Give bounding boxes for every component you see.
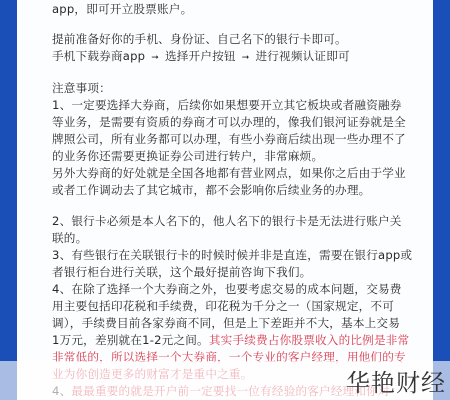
- prepare-text: 提前准备好你的手机、身份证、自己名下的银行卡即可。: [52, 31, 412, 48]
- note-4-plain: 1万元，差别就在1-2元之间。: [52, 333, 209, 347]
- arrow-right-icon: ➞: [151, 50, 159, 67]
- step-3: 进行视频认证即可: [255, 49, 349, 63]
- note-4-line: 4、在除了选择一个大券商之外，也要考虑交易的成本问题，交易费: [52, 281, 412, 298]
- note-3-line: 3、有些银行在关联银行卡的时候时候并非是直连，需要在银行app或: [52, 247, 412, 264]
- note-1-line: 牌照公司，所有业务都可以办理，有些小券商后续出现一些办理不了: [52, 131, 412, 148]
- note-1-line: 另外大券商的好处就是全国各地都有营业网点，如果你之后由于学业: [52, 165, 412, 182]
- intro-line: app，即可开立股票账户。: [52, 1, 412, 18]
- note-4-line: 用主要包括印花税和手续费，印花税为千分之一（国家规定，不可: [52, 298, 412, 315]
- step-2: 选择开户按钮: [165, 49, 236, 63]
- note-4-highlight: 其实手续费占你股票收入的比例是非常: [209, 333, 410, 347]
- note-4-line: 调），手续费目前各家券商不同，但是上下差距并不大，基本上交易: [52, 315, 412, 332]
- note-2-line: 联的。: [52, 230, 412, 247]
- watermark: 华艳财经: [346, 363, 446, 398]
- note-3-line: 者银行柜台进行关联，这个最好提前咨询下我们。: [52, 264, 412, 281]
- article-content: app，即可开立股票账户。 提前准备好你的手机、身份证、自己名下的银行卡即可。 …: [52, 0, 412, 400]
- note-1-line: 等业务，是需要有资质的券商才可以办理的，像我们银河证券就是全: [52, 114, 412, 131]
- arrow-right-icon: ➞: [242, 50, 250, 67]
- notes-title: 注意事项：: [52, 80, 412, 97]
- note-1-line: 1、一定要选择大券商，后续你如果想要开立其它板块或者融资融券: [52, 97, 412, 114]
- steps-line: 手机下载券商app➞选择开户按钮➞进行视频认证即可: [52, 48, 412, 65]
- step-1: 手机下载券商app: [52, 49, 145, 63]
- note-4-line: 1万元，差别就在1-2元之间。其实手续费占你股票收入的比例是非常: [52, 332, 412, 349]
- note-1-line: 的业务你还需要更换证券公司进行转户，非常麻烦。: [52, 148, 412, 165]
- note-2-line: 2、银行卡必须是本人名下的，他人名下的银行卡是无法进行账户关: [52, 213, 412, 230]
- note-1-line: 或者工作调动去了其它城市，都不会影响你后续业务的办理。: [52, 182, 412, 199]
